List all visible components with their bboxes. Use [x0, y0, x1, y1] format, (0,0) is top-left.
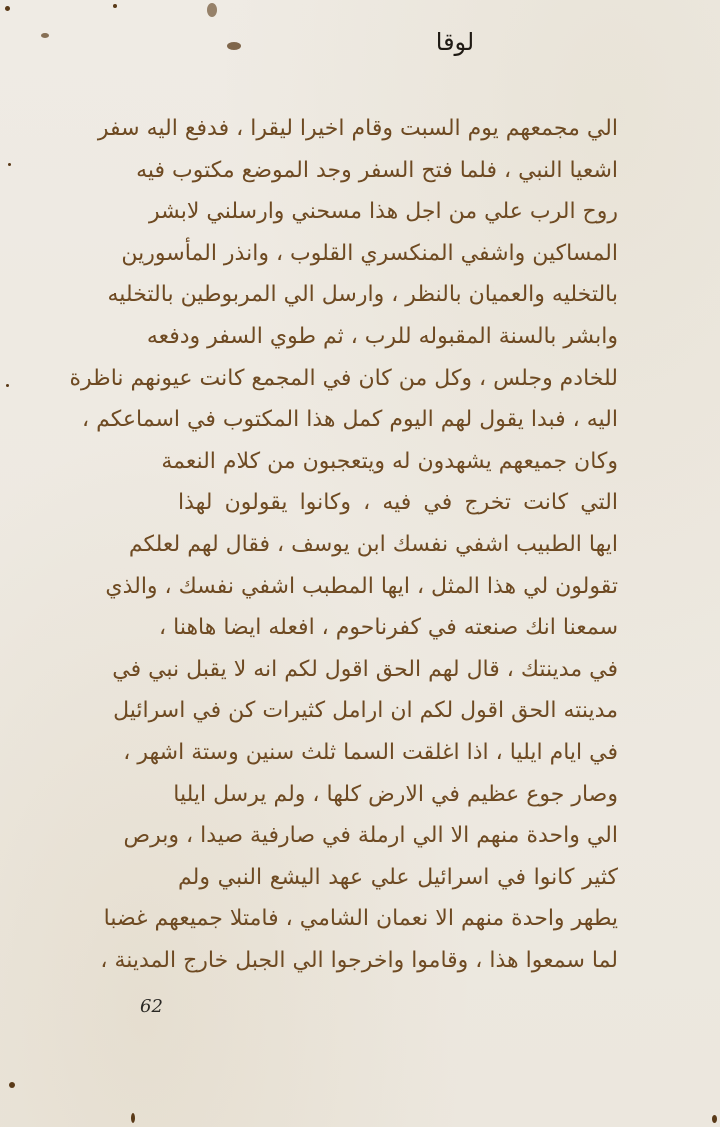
text-line: مدينته الحق اقول لكم ان ارامل كثيرات كن … [178, 690, 618, 732]
text-line: لما سمعوا هذا ، وقاموا واخرجوا الي الجبل… [178, 940, 618, 982]
manuscript-page: لوقا الي مجمعهم يوم السبت وقام اخيرا ليق… [0, 0, 720, 1127]
text-line: الي واحدة منهم الا الي ارملة في صارفية ص… [178, 815, 618, 857]
page-heading: لوقا [425, 28, 485, 56]
wormhole-spot [6, 384, 9, 387]
text-line: روح الرب علي من اجل هذا مسحني وارسلني لا… [178, 191, 618, 233]
wormhole-spot [131, 1113, 135, 1123]
wormhole-spot [41, 33, 49, 38]
text-line: في مدينتك ، قال لهم الحق اقول لكم انه لا… [178, 649, 618, 691]
text-line: بالتخليه والعميان بالنظر ، وارسل الي الم… [178, 274, 618, 316]
text-line: في ايام ايليا ، اذا اغلقت السما ثلث سنين… [178, 732, 618, 774]
wormhole-spot [113, 4, 117, 8]
text-line: وابشر بالسنة المقبوله للرب ، ثم طوي السف… [178, 316, 618, 358]
text-line: التي كانت تخرج في فيه ، وكانوا يقولون له… [178, 482, 618, 524]
text-line: اليه ، فبدا يقول لهم اليوم كمل هذا المكت… [178, 399, 618, 441]
wormhole-spot [5, 6, 10, 11]
wormhole-spot [227, 42, 241, 50]
text-line: المساكين واشفي المنكسري القلوب ، وانذر ا… [178, 233, 618, 275]
text-line: كثير كانوا في اسرائيل علي عهد اليشع النب… [178, 857, 618, 899]
text-line: تقولون لي هذا المثل ، ايها المطبب اشفي ن… [178, 566, 618, 608]
folio-number: 62 [140, 996, 163, 1017]
text-line: وصار جوع عظيم في الارض كلها ، ولم يرسل ا… [178, 774, 618, 816]
text-line: يطهر واحدة منهم الا نعمان الشامي ، فامتل… [178, 898, 618, 940]
text-line: وكان جميعهم يشهدون له ويتعجبون من كلام ا… [178, 441, 618, 483]
wormhole-spot [207, 3, 217, 17]
text-line: ايها الطبيب اشفي نفسك ابن يوسف ، فقال له… [178, 524, 618, 566]
wormhole-spot [712, 1115, 717, 1123]
wormhole-spot [9, 1082, 15, 1088]
wormhole-spot [8, 163, 11, 166]
text-line: للخادم وجلس ، وكل من كان في المجمع كانت … [178, 358, 618, 400]
text-line: الي مجمعهم يوم السبت وقام اخيرا ليقرا ، … [178, 108, 618, 150]
text-line: سمعنا انك صنعته في كفرناحوم ، افعله ايضا… [178, 607, 618, 649]
manuscript-text-block: الي مجمعهم يوم السبت وقام اخيرا ليقرا ، … [178, 108, 618, 981]
text-line: اشعيا النبي ، فلما فتح السفر وجد الموضع … [178, 150, 618, 192]
